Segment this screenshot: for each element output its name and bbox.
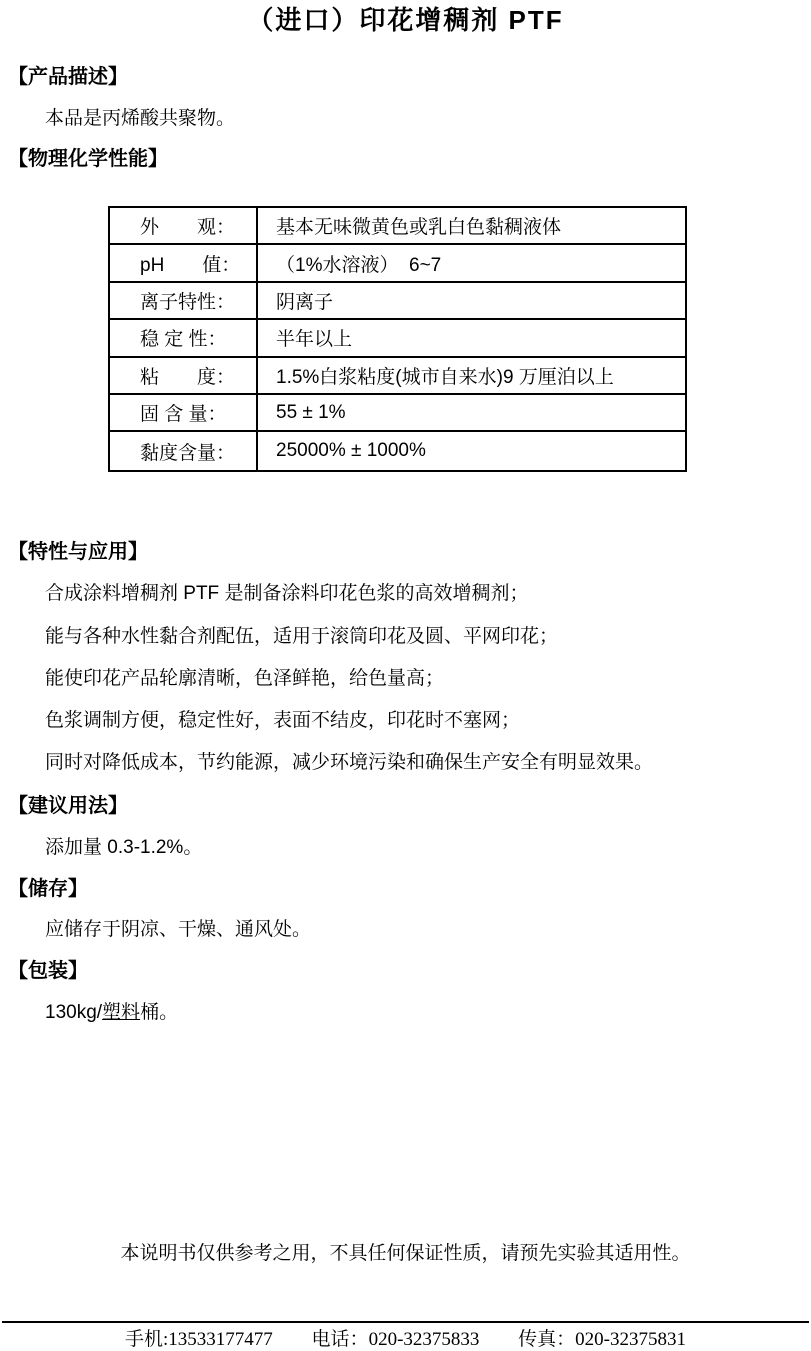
table-row: pH 值： （1%水溶液） 6~7: [110, 245, 685, 282]
packaging-suffix: 桶。: [140, 1002, 178, 1023]
section-heading-storage: 【储存】: [8, 878, 88, 901]
contact-fax-label: 传真：: [518, 1329, 575, 1350]
contact-mobile-value: 13533177477: [168, 1329, 273, 1350]
contact-phone-value: 020-32375833: [369, 1329, 480, 1350]
section-heading-description: 【产品描述】: [8, 66, 128, 89]
packaging-body: 130kg/塑料桶。: [45, 1002, 178, 1024]
contact-fax-value: 020-32375831: [575, 1329, 686, 1350]
document-title: （进口）印花增稠剂 PTF: [0, 6, 811, 36]
storage-body: 应储存于阴凉、干燥、通风处。: [45, 919, 311, 941]
footer-divider: [2, 1321, 809, 1323]
property-label: 稳 定 性：: [110, 320, 258, 355]
table-row: 粘 度： 1.5%白浆粘度(城市自来水)9 万厘泊以上: [110, 358, 685, 395]
properties-table: 外 观： 基本无味微黄色或乳白色黏稠液体 pH 值： （1%水溶液） 6~7 离…: [108, 206, 687, 472]
property-label: 外 观：: [110, 208, 258, 243]
packaging-prefix: 130kg/: [45, 1002, 102, 1023]
disclaimer-text: 本说明书仅供参考之用，不具任何保证性质，请预先实验其适用性。: [0, 1243, 811, 1265]
features-line: 同时对降低成本，节约能源，减少环境污染和确保生产安全有明显效果。: [45, 752, 653, 774]
table-row: 离子特性： 阴离子: [110, 283, 685, 320]
features-line: 色浆调制方便，稳定性好，表面不结皮，印花时不塞网；: [45, 710, 520, 732]
features-line: 能与各种水性黏合剂配伍，适用于滚筒印花及圆、平网印花；: [45, 626, 558, 648]
property-value: 1.5%白浆粘度(城市自来水)9 万厘泊以上: [258, 358, 685, 393]
contact-mobile-label: 手机:: [125, 1329, 168, 1350]
features-line: 能使印花产品轮廓清晰，色泽鲜艳，给色量高；: [45, 668, 444, 690]
property-value: 55 ± 1%: [258, 395, 685, 430]
contact-phone: 电话：020-32375833: [312, 1329, 480, 1350]
section-heading-packaging: 【包装】: [8, 960, 88, 983]
usage-body: 添加量 0.3-1.2%。: [45, 837, 202, 859]
section-heading-properties: 【物理化学性能】: [8, 148, 168, 171]
property-label: 离子特性：: [110, 283, 258, 318]
table-row: 外 观： 基本无味微黄色或乳白色黏稠液体: [110, 208, 685, 245]
property-value: 阴离子: [258, 283, 685, 318]
property-value: （1%水溶液） 6~7: [258, 245, 685, 280]
section-heading-usage: 【建议用法】: [8, 795, 128, 818]
property-value: 25000% ± 1000%: [258, 432, 685, 469]
property-value: 半年以上: [258, 320, 685, 355]
contact-mobile: 手机:13533177477: [125, 1329, 273, 1350]
table-row: 固 含 量： 55 ± 1%: [110, 395, 685, 432]
table-row: 稳 定 性： 半年以上: [110, 320, 685, 357]
document-page: （进口）印花增稠剂 PTF 【产品描述】 本品是丙烯酸共聚物。 【物理化学性能】…: [0, 0, 811, 1351]
packaging-underlined-text: 塑料: [102, 1002, 140, 1023]
property-label: 黏度含量：: [110, 432, 258, 469]
table-row: 黏度含量： 25000% ± 1000%: [110, 432, 685, 469]
footer-contacts: 手机:13533177477 电话：020-32375833 传真：020-32…: [0, 1329, 811, 1351]
contact-phone-label: 电话：: [312, 1329, 369, 1350]
property-label: 固 含 量：: [110, 395, 258, 430]
property-label: pH 值：: [110, 245, 258, 280]
description-body: 本品是丙烯酸共聚物。: [45, 108, 235, 130]
property-label: 粘 度：: [110, 358, 258, 393]
contact-fax: 传真：020-32375831: [518, 1329, 686, 1350]
property-value: 基本无味微黄色或乳白色黏稠液体: [258, 208, 685, 243]
section-heading-features: 【特性与应用】: [8, 541, 148, 564]
features-line: 合成涂料增稠剂 PTF 是制备涂料印花色浆的高效增稠剂；: [45, 583, 528, 605]
